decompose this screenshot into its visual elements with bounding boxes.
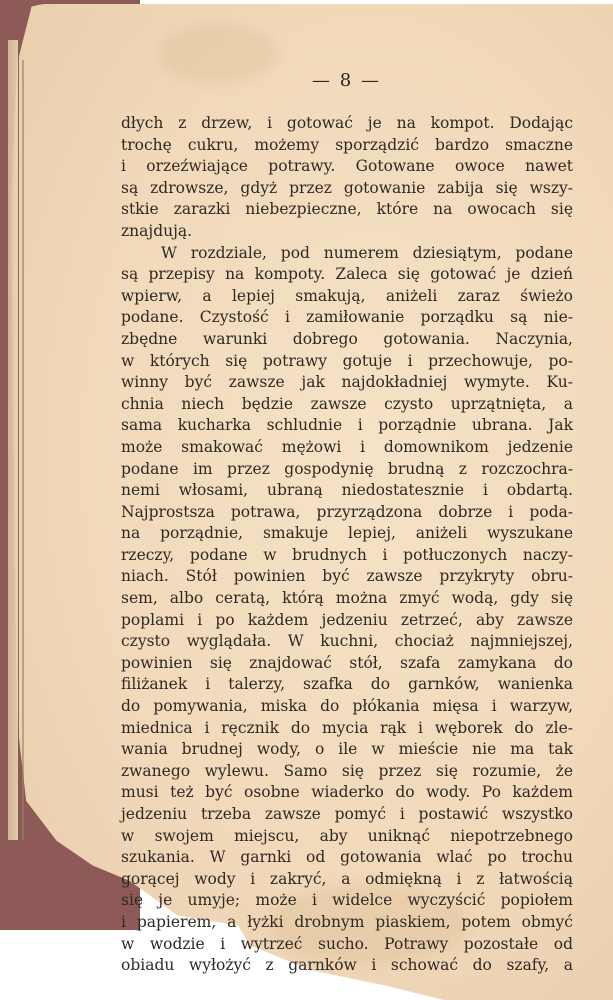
text-line: niach. Stół powinien być zawsze przykryt… [121,566,573,588]
text-line: poplami i po każdem jedzeniu zetrzeć, ab… [121,610,573,632]
text-line: Najprostsza potrawa, przyrządzona dobrze… [121,502,573,524]
text-line: i papierem, a łyżki drobnym piaskiem, po… [121,912,573,934]
text-line: sem, albo ceratą, którą można zmyć wodą,… [121,588,573,610]
page-number: — 8 — [0,70,613,91]
text-line: szukania. W garnki od gotowania wlać po … [121,847,573,869]
text-line: i orzeźwiające potrawy. Gotowane owoce n… [121,156,573,178]
text-line: zbędne warunki dobrego gotowania. Naczyn… [121,329,573,351]
text-line: powinien się znajdować stół, szafa zamyk… [121,653,573,675]
text-line: znajdują. [121,221,573,243]
text-line: w których się potrawy gotuje i przechowu… [121,351,573,373]
text-line: winny być zawsze jak najdokładniej wymyt… [121,372,573,394]
text-line: stkie zarazki niebezpieczne, które na ow… [121,199,573,221]
text-line: wania brudnej wody, o ile w mieście nie … [121,739,573,761]
text-line: w wodzie i wytrzeć sucho. Potrawy pozost… [121,934,573,956]
text-line: na porządnie, smakuje lepiej, aniżeli wy… [121,523,573,545]
page-torn-edge [8,40,19,840]
body-text: dłych z drzew, i gotować je na kompot. D… [121,113,573,977]
text-line: miednica i ręcznik do mycia rąk i wębore… [121,718,573,740]
text-line: podane im przez gospodynię brudną z rozc… [121,459,573,481]
text-line: W rozdziale, pod numerem dziesiątym, pod… [121,243,573,265]
text-line: sama kucharka schludnie i porządnie ubra… [121,415,573,437]
text-line: do pomywania, miska do płókania mięsa i … [121,696,573,718]
text-line: może smakować mężowi i domownikom jedzen… [121,437,573,459]
text-line: filiżanek i talerzy, szafka do garnków, … [121,674,573,696]
text-line: nemi włosami, ubraną niedostatesznie i o… [121,480,573,502]
text-line: są zdrowsze, gdyż przez gotowanie zabija… [121,178,573,200]
page-crease [22,60,24,840]
text-line: wpierw, a lepiej smakują, aniżeli zaraz … [121,286,573,308]
text-line: jedzeniu trzeba zawsze pomyć i postawić … [121,804,573,826]
text-line: czysto wyglądała. W kuchni, chociaż najm… [121,631,573,653]
text-line: zwanego wylewu. Samo się przez się rozum… [121,761,573,783]
text-line: chnia niech będzie zawsze czysto uprzątn… [121,394,573,416]
text-line: podane. Czystość i zamiłowanie porządku … [121,307,573,329]
text-line: są przepisy na kompoty. Zaleca się gotow… [121,264,573,286]
text-line: musi też być osobne wiaderko do wody. Po… [121,782,573,804]
text-line: w swojem miejscu, aby uniknąć niepotrzeb… [121,826,573,848]
text-line: rzeczy, podane w brudnych i potłuczonych… [121,545,573,567]
text-line: się je umyje; może i widelce wyczyścić p… [121,890,573,912]
text-line: obiadu wyłożyć z garnków i schować do sz… [121,955,573,977]
text-line: gorącej wody i zakryć, a odmiękną i z ła… [121,869,573,891]
text-line: trochę cukru, możemy sporządzić bardzo s… [121,135,573,157]
text-line: dłych z drzew, i gotować je na kompot. D… [121,113,573,135]
